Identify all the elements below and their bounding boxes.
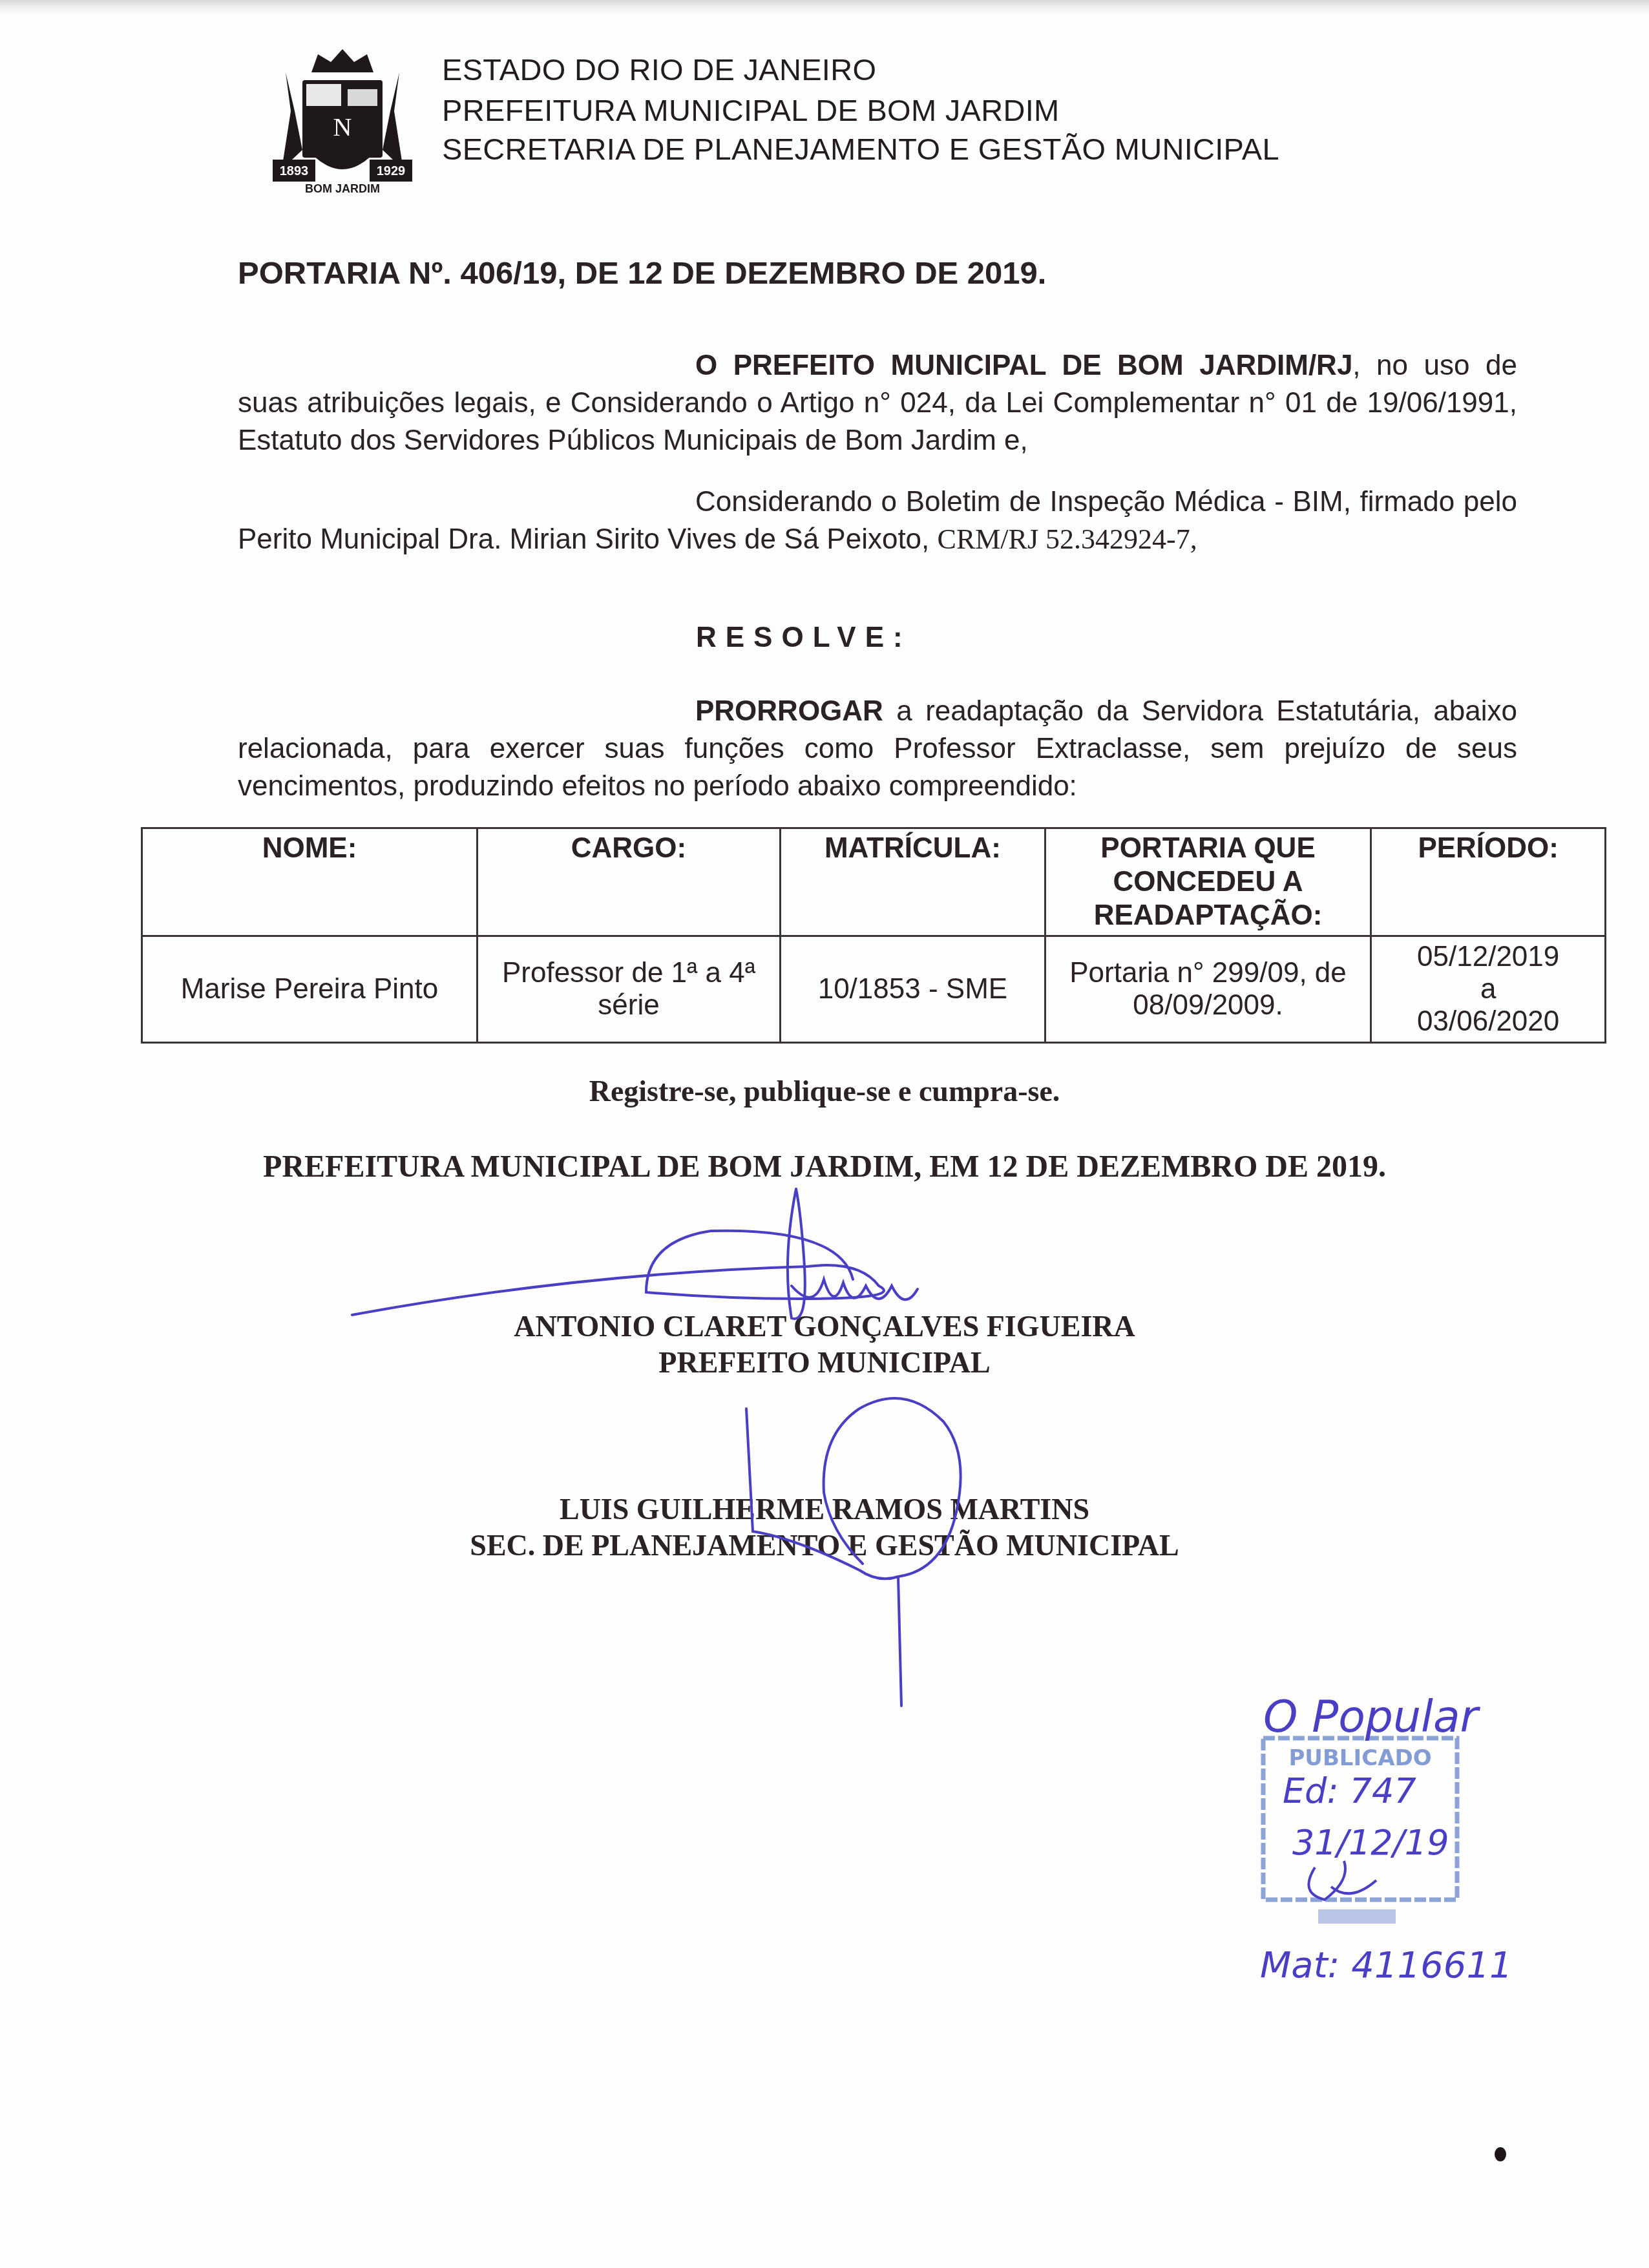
paragraph-considering-law: O PREFEITO MUNICIPAL DE BOM JARDIM/RJ, n… — [238, 347, 1517, 459]
col-nome: NOME: — [142, 828, 478, 936]
cell-portaria: Portaria n° 299/09, de 08/09/2009. — [1045, 936, 1371, 1043]
header-prefecture: PREFEITURA MUNICIPAL DE BOM JARDIM — [442, 92, 1060, 128]
resolve-heading: RESOLVE: — [696, 622, 912, 654]
header-state: ESTADO DO RIO DE JANEIRO — [442, 52, 876, 87]
signatory-name: ANTONIO CLARET GONÇALVES FIGUEIRA — [0, 1308, 1649, 1345]
date-handwritten: 31/12/19 — [1292, 1822, 1449, 1863]
col-periodo: PERÍODO: — [1371, 828, 1606, 936]
scan-edge — [0, 0, 1649, 14]
signatory-name: LUIS GUILHERME RAMOS MARTINS — [0, 1491, 1649, 1528]
handwritten-signatures: PUBLICADO O Popular Ed: 747 31/12/19 Mat… — [0, 0, 1649, 2268]
svg-text:PUBLICADO: PUBLICADO — [1288, 1745, 1431, 1771]
svg-text:BOM JARDIM: BOM JARDIM — [305, 182, 380, 195]
signatory-role: PREFEITO MUNICIPAL — [0, 1345, 1649, 1381]
paragraph-considering-bim: Considerando o Boletim de Inspeção Médic… — [238, 483, 1517, 558]
mayor-lead: O PREFEITO MUNICIPAL DE BOM JARDIM/RJ — [695, 350, 1352, 381]
municipal-crest-icon: N 1893 1929 BOM JARDIM — [266, 47, 419, 199]
table-header-row: NOME: CARGO: MATRÍCULA: PORTARIA QUE CON… — [142, 828, 1606, 936]
svg-text:N: N — [333, 112, 352, 142]
header-secretariat: SECRETARIA DE PLANEJAMENTO E GESTÃO MUNI… — [442, 131, 1279, 167]
signatory-mayor: ANTONIO CLARET GONÇALVES FIGUEIRA PREFEI… — [0, 1308, 1649, 1381]
cell-periodo: 05/12/2019 a 03/06/2020 — [1371, 936, 1606, 1043]
signatory-secretary: LUIS GUILHERME RAMOS MARTINS SEC. DE PLA… — [0, 1491, 1649, 1564]
edition-handwritten: Ed: 747 — [1283, 1770, 1416, 1811]
cell-matricula: 10/1853 - SME — [781, 936, 1045, 1043]
prorrogar-lead: PRORROGAR — [695, 695, 883, 727]
table-row: Marise Pereira Pinto Professor de 1ª a 4… — [142, 936, 1606, 1043]
crm-number: CRM/RJ 52.342924-7, — [938, 523, 1197, 555]
newspaper-handwritten: O Popular — [1263, 1692, 1481, 1743]
cell-cargo: Professor de 1ª a 4ª série — [477, 936, 780, 1043]
registration-handwritten: Mat: 4116611 — [1260, 1944, 1513, 1986]
publication-stamp-icon: PUBLICADO — [1263, 1738, 1457, 1924]
svg-text:1893: 1893 — [280, 164, 309, 178]
mayor-signature-icon — [352, 1231, 884, 1315]
place-and-date: PREFEITURA MUNICIPAL DE BOM JARDIM, EM 1… — [0, 1149, 1649, 1184]
readaptation-table: NOME: CARGO: MATRÍCULA: PORTARIA QUE CON… — [141, 827, 1606, 1044]
stamp-initials-icon — [1308, 1861, 1376, 1900]
paragraph-resolution: PRORROGAR a readaptação da Servidora Est… — [238, 693, 1517, 805]
cell-nome: Marise Pereira Pinto — [142, 936, 478, 1043]
ink-dot — [1495, 2147, 1506, 2161]
svg-text:1929: 1929 — [377, 164, 406, 178]
col-matricula: MATRÍCULA: — [781, 828, 1045, 936]
col-portaria: PORTARIA QUE CONCEDEU A READAPTAÇÃO: — [1045, 828, 1371, 936]
closing-formula: Registre-se, publique-se e cumpra-se. — [0, 1074, 1649, 1108]
col-cargo: CARGO: — [477, 828, 780, 936]
document-title: PORTARIA Nº. 406/19, DE 12 DE DEZEMBRO D… — [238, 255, 1046, 291]
signatory-role: SEC. DE PLANEJAMENTO E GESTÃO MUNICIPAL — [0, 1528, 1649, 1564]
